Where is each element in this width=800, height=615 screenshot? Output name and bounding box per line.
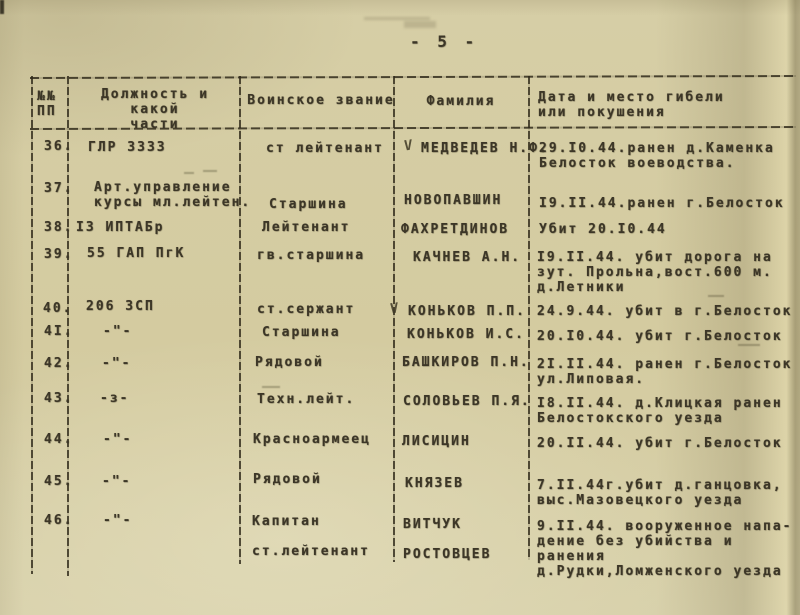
- table-border-left: [31, 76, 33, 574]
- rank-cell: Рядовой: [253, 472, 322, 487]
- row-number: 39.: [44, 247, 73, 262]
- surname-cell: БАШКИРОВ П.Н.: [402, 355, 530, 370]
- unit-cell: 206 ЗСП: [86, 299, 155, 314]
- row-number: 42.: [44, 356, 73, 371]
- row-number: 46.: [44, 513, 73, 528]
- fate-cell: Убит 20.I0.44: [539, 222, 667, 237]
- unit-cell: -"-: [103, 324, 132, 339]
- rank-cell: Техн.лейт.: [257, 392, 355, 407]
- rank-cell: Рядовой: [255, 355, 324, 370]
- unit-cell: -"-: [102, 356, 131, 371]
- pencil-smudge: [364, 17, 430, 20]
- unit-cell: 55 ГАП ПгК: [87, 246, 185, 261]
- column-divider-rank: [393, 76, 395, 562]
- pencil-mark: [203, 170, 217, 172]
- pencil-smudge: [404, 21, 436, 28]
- row-number: 36.: [44, 139, 73, 154]
- unit-cell: I3 ИПТАБр: [76, 220, 164, 235]
- fate-cell: I8.II.44. д.Клицкая ранен Белостокского …: [537, 396, 783, 426]
- header-name: Фамилия: [396, 94, 526, 109]
- rank-cell: Лейтенант: [262, 220, 350, 235]
- rank-cell: Старшина: [262, 325, 341, 340]
- fate-cell: I9.II.44.ранен г.Белосток: [539, 196, 785, 211]
- header-num: №№ ПП: [37, 89, 57, 119]
- fate-cell: I9.II.44. убит дорога на зут. Прольна,во…: [537, 250, 773, 295]
- surname-cell: МЕДВЕДЕВ Н.Ф.: [421, 141, 549, 156]
- pencil-mark: [738, 344, 760, 346]
- column-divider-unit: [239, 76, 241, 564]
- rank-cell: Капитан ст.лейтенант: [252, 514, 370, 559]
- surname-cell: КОНЬКОВ П.П.: [408, 304, 526, 319]
- unit-cell: -з-: [100, 391, 129, 406]
- rank-cell: ст лейтенант: [266, 141, 384, 156]
- surname-cell: ФАХРЕТДИНОВ: [401, 222, 509, 237]
- surname-cell: КАЧНЕВ А.Н.: [413, 250, 521, 265]
- rank-cell: Старшина: [269, 197, 348, 212]
- scan-edge-mark: [0, 0, 4, 14]
- row-number: 4I.: [44, 324, 73, 339]
- surname-cell: ЛИСИЦИН: [402, 434, 471, 449]
- row-number: 37.: [44, 181, 73, 196]
- pencil-mark: [184, 172, 194, 174]
- row-number: 45.: [44, 474, 73, 489]
- fate-cell: 9.II.44. вооруженное напа- дение без уби…: [537, 519, 800, 579]
- fate-cell: 29.I0.44.ранен д.Каменка Белосток воевод…: [539, 141, 775, 171]
- surname-cell: ВИТЧУК РОСТОВЦЕВ: [403, 517, 491, 562]
- fate-cell: 24.9.44. убит в г.Белосток: [537, 304, 793, 319]
- surname-cell: СОЛОВЬЕВ П.Я.: [403, 394, 531, 409]
- fate-cell: 7.II.44г.убит д.ганцовка, выс.Мазовецког…: [537, 478, 783, 508]
- unit-cell: Арт.управление курсы мл.лейтен.: [94, 180, 251, 210]
- fate-cell: 2I.II.44. ранен г.Белосток ул.Липовая.: [537, 357, 793, 387]
- header-rank: Воинское звание: [247, 93, 395, 108]
- check-mark: V: [390, 300, 399, 317]
- rank-cell: гв.старшина: [257, 248, 365, 263]
- surname-cell: КОНЬКОВ И.С.: [407, 327, 525, 342]
- row-number: 40.: [43, 301, 72, 316]
- rank-cell: Красноармеец: [253, 432, 371, 447]
- pencil-mark: [708, 295, 724, 297]
- fate-cell: 20.I0.44. убит г.Белосток: [537, 329, 783, 344]
- row-number: 38.: [44, 220, 73, 235]
- fate-cell: 20.II.44. убит г.Белосток: [537, 436, 783, 451]
- scanned-document-page: - 5 - №№ ПП Должность и какой части Воин…: [0, 0, 800, 615]
- unit-cell: -"-: [102, 474, 131, 489]
- unit-cell: ГЛР 3333: [88, 140, 167, 155]
- surname-cell: НОВОПАВШИН: [404, 193, 502, 208]
- header-fate: Дата и место гибели или покушения: [538, 90, 725, 120]
- surname-cell: КНЯЗЕВ: [405, 476, 464, 491]
- page-number: - 5 -: [410, 32, 478, 51]
- header-unit: Должность и какой части: [74, 87, 236, 132]
- unit-cell: -"-: [103, 513, 132, 528]
- rank-cell: ст.сержант: [257, 302, 355, 317]
- check-mark: V: [404, 137, 413, 154]
- row-number: 43.: [44, 391, 73, 406]
- row-number: 44.: [44, 432, 73, 447]
- table-border-top: [30, 75, 796, 79]
- unit-cell: -"-: [103, 432, 132, 447]
- pencil-mark: [262, 386, 280, 388]
